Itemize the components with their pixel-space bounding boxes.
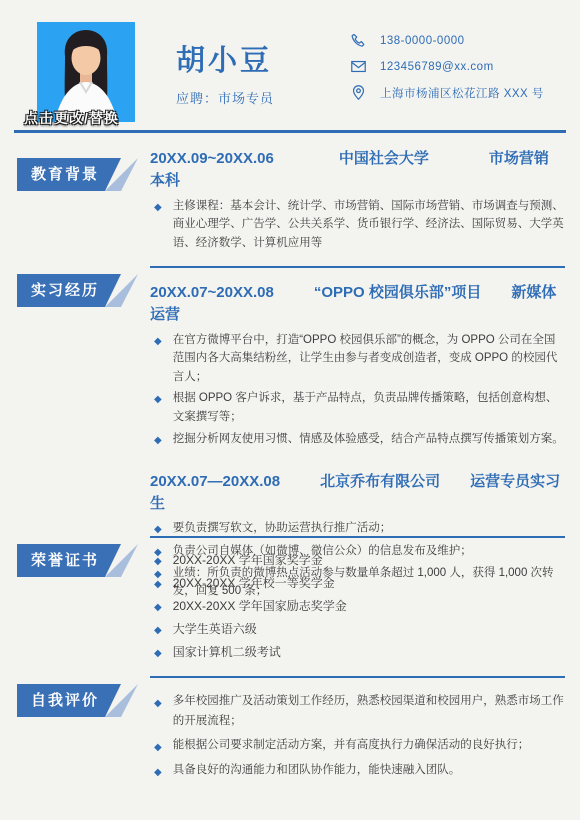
list-item: ◆20XX-20XX 学年国家奖学金 bbox=[150, 552, 565, 569]
bullet-text: 主修课程：基本会计、统计学、市场营销、国际市场营销、市场调查与预测、商业心理学、… bbox=[173, 197, 565, 253]
mail-icon bbox=[350, 58, 367, 75]
honors-badge: 荣誉证书 bbox=[17, 544, 139, 577]
section-divider bbox=[150, 266, 565, 268]
list-item: ◆主修课程：基本会计、统计学、市场营销、国际市场营销、市场调查与预测、商业心理学… bbox=[150, 197, 565, 253]
bullet-text: 能根据公司要求制定活动方案，并有高度执行力确保活动的良好执行； bbox=[173, 736, 530, 756]
section-honors: 荣誉证书 ◆20XX-20XX 学年国家奖学金 ◆20XX-20XX 学年校一等… bbox=[0, 536, 580, 667]
internship-date: 20XX.07~20XX.08 bbox=[150, 284, 274, 301]
diamond-bullet-icon: ◆ bbox=[154, 695, 162, 712]
candidate-name: 胡小豆 bbox=[176, 38, 272, 79]
location-icon bbox=[350, 84, 367, 101]
list-item: ◆具备良好的沟通能力和团队协作能力，能快速融入团队。 bbox=[150, 761, 565, 781]
diamond-bullet-icon: ◆ bbox=[154, 764, 162, 781]
home-address: 上海市杨浦区松花江路 XXX 号 bbox=[380, 85, 544, 101]
honors-bullet-list: ◆20XX-20XX 学年国家奖学金 ◆20XX-20XX 学年校一等奖学金 ◆… bbox=[150, 552, 565, 661]
diamond-bullet-icon: ◆ bbox=[154, 647, 162, 661]
header-divider bbox=[14, 130, 566, 133]
bullet-text: 20XX-20XX 学年国家励志奖学金 bbox=[173, 598, 347, 615]
section-education: 教育背景 20XX.09~20XX.06中国社会大学市场营销 本科 ◆主修课程：… bbox=[0, 148, 580, 255]
internship-org: 北京乔布有限公司 bbox=[320, 473, 440, 490]
bullet-text: 根据 OPPO 客户诉求，基于产品特点，负责品牌传播策略，包括创意构想、文案撰写… bbox=[173, 389, 565, 426]
bullet-text: 大学生英语六级 bbox=[173, 621, 257, 638]
education-badge: 教育背景 bbox=[17, 158, 139, 191]
internship-entry-heading: 20XX.07—20XX.08北京乔布有限公司运营专员实习生 bbox=[150, 471, 565, 515]
list-item: ◆能根据公司要求制定活动方案，并有高度执行力确保活动的良好执行； bbox=[150, 736, 565, 756]
profile-photo[interactable]: 点击更改/替换 bbox=[37, 22, 135, 122]
diamond-bullet-icon: ◆ bbox=[154, 578, 162, 592]
education-date: 20XX.09~20XX.06 bbox=[150, 150, 274, 167]
education-school: 中国社会大学 bbox=[339, 150, 429, 167]
diamond-bullet-icon: ◆ bbox=[154, 392, 162, 408]
bullet-text: 在官方微博平台中，打造“OPPO 校园俱乐部”的概念，为 OPPO 公司在全国范… bbox=[173, 331, 565, 387]
internship-bullet-list: ◆在官方微博平台中，打造“OPPO 校园俱乐部”的概念，为 OPPO 公司在全国… bbox=[150, 331, 565, 449]
contact-email-row: 123456789@xx.com bbox=[350, 58, 570, 75]
diamond-bullet-icon: ◆ bbox=[154, 601, 162, 615]
section-self-evaluation: 自我评价 ◆多年校园推广及活动策划工作经历，熟悉校园渠道和校园用户，熟悉市场工作… bbox=[0, 676, 580, 786]
phone-number: 138-0000-0000 bbox=[380, 35, 465, 47]
bullet-text: 具备良好的沟通能力和团队协作能力，能快速融入团队。 bbox=[173, 761, 461, 781]
diamond-bullet-icon: ◆ bbox=[154, 200, 162, 216]
list-item: ◆20XX-20XX 学年国家励志奖学金 bbox=[150, 598, 565, 615]
self-evaluation-badge: 自我评价 bbox=[17, 684, 139, 717]
contact-phone-row: 138-0000-0000 bbox=[350, 32, 570, 49]
internship-entry-heading: 20XX.07~20XX.08“OPPO 校园俱乐部”项目新媒体运营 bbox=[150, 282, 565, 326]
list-item: ◆挖掘分析网友使用习惯、情感及体验感受，结合产品特点撰写传播策划方案。 bbox=[150, 430, 565, 449]
photo-replace-hint[interactable]: 点击更改/替换 bbox=[24, 108, 119, 128]
list-item: ◆在官方微博平台中，打造“OPPO 校园俱乐部”的概念，为 OPPO 公司在全国… bbox=[150, 331, 565, 387]
list-item: ◆多年校园推广及活动策划工作经历，熟悉校园渠道和校园用户，熟悉市场工作的开展流程… bbox=[150, 692, 565, 731]
internship-badge: 实习经历 bbox=[17, 274, 139, 307]
section-divider bbox=[150, 676, 565, 678]
bullet-text: 挖掘分析网友使用习惯、情感及体验感受，结合产品特点撰写传播策划方案。 bbox=[173, 430, 564, 449]
phone-icon bbox=[350, 32, 367, 49]
list-item: ◆20XX-20XX 学年校一等奖学金 bbox=[150, 575, 565, 592]
bullet-text: 20XX-20XX 学年校一等奖学金 bbox=[173, 575, 335, 592]
bullet-text: 20XX-20XX 学年国家奖学金 bbox=[173, 552, 323, 569]
section-title: 实习经历 bbox=[31, 274, 99, 307]
list-item: ◆大学生英语六级 bbox=[150, 621, 565, 638]
contact-info: 138-0000-0000 123456789@xx.com 上海市杨浦区松花江… bbox=[350, 32, 570, 110]
education-entry-heading: 20XX.09~20XX.06中国社会大学市场营销 本科 bbox=[150, 148, 565, 192]
education-bullet-list: ◆主修课程：基本会计、统计学、市场营销、国际市场营销、市场调查与预测、商业心理学… bbox=[150, 197, 565, 253]
self-evaluation-bullet-list: ◆多年校园推广及活动策划工作经历，熟悉校园渠道和校园用户，熟悉市场工作的开展流程… bbox=[150, 692, 565, 781]
bullet-text: 国家计算机二级考试 bbox=[173, 644, 281, 661]
email-address: 123456789@xx.com bbox=[380, 61, 494, 73]
diamond-bullet-icon: ◆ bbox=[154, 555, 162, 569]
diamond-bullet-icon: ◆ bbox=[154, 739, 162, 756]
section-divider bbox=[150, 536, 565, 538]
internship-org: “OPPO 校园俱乐部”项目 bbox=[314, 284, 482, 301]
section-title: 荣誉证书 bbox=[31, 544, 99, 577]
internship-date: 20XX.07—20XX.08 bbox=[150, 473, 280, 490]
apply-position: 应聘：市场专员 bbox=[176, 88, 274, 107]
list-item: ◆根据 OPPO 客户诉求，基于产品特点，负责品牌传播策略，包括创意构想、文案撰… bbox=[150, 389, 565, 426]
diamond-bullet-icon: ◆ bbox=[154, 624, 162, 638]
diamond-bullet-icon: ◆ bbox=[154, 433, 162, 449]
bullet-text: 多年校园推广及活动策划工作经历，熟悉校园渠道和校园用户，熟悉市场工作的开展流程； bbox=[173, 692, 565, 731]
section-title: 自我评价 bbox=[31, 684, 99, 717]
resume-page: 点击更改/替换 胡小豆 应聘：市场专员 138-0000-0000 123456… bbox=[0, 0, 580, 820]
diamond-bullet-icon: ◆ bbox=[154, 334, 162, 350]
contact-address-row: 上海市杨浦区松花江路 XXX 号 bbox=[350, 84, 570, 101]
list-item: ◆国家计算机二级考试 bbox=[150, 644, 565, 661]
section-title: 教育背景 bbox=[31, 158, 99, 191]
portrait-illustration bbox=[37, 22, 135, 122]
